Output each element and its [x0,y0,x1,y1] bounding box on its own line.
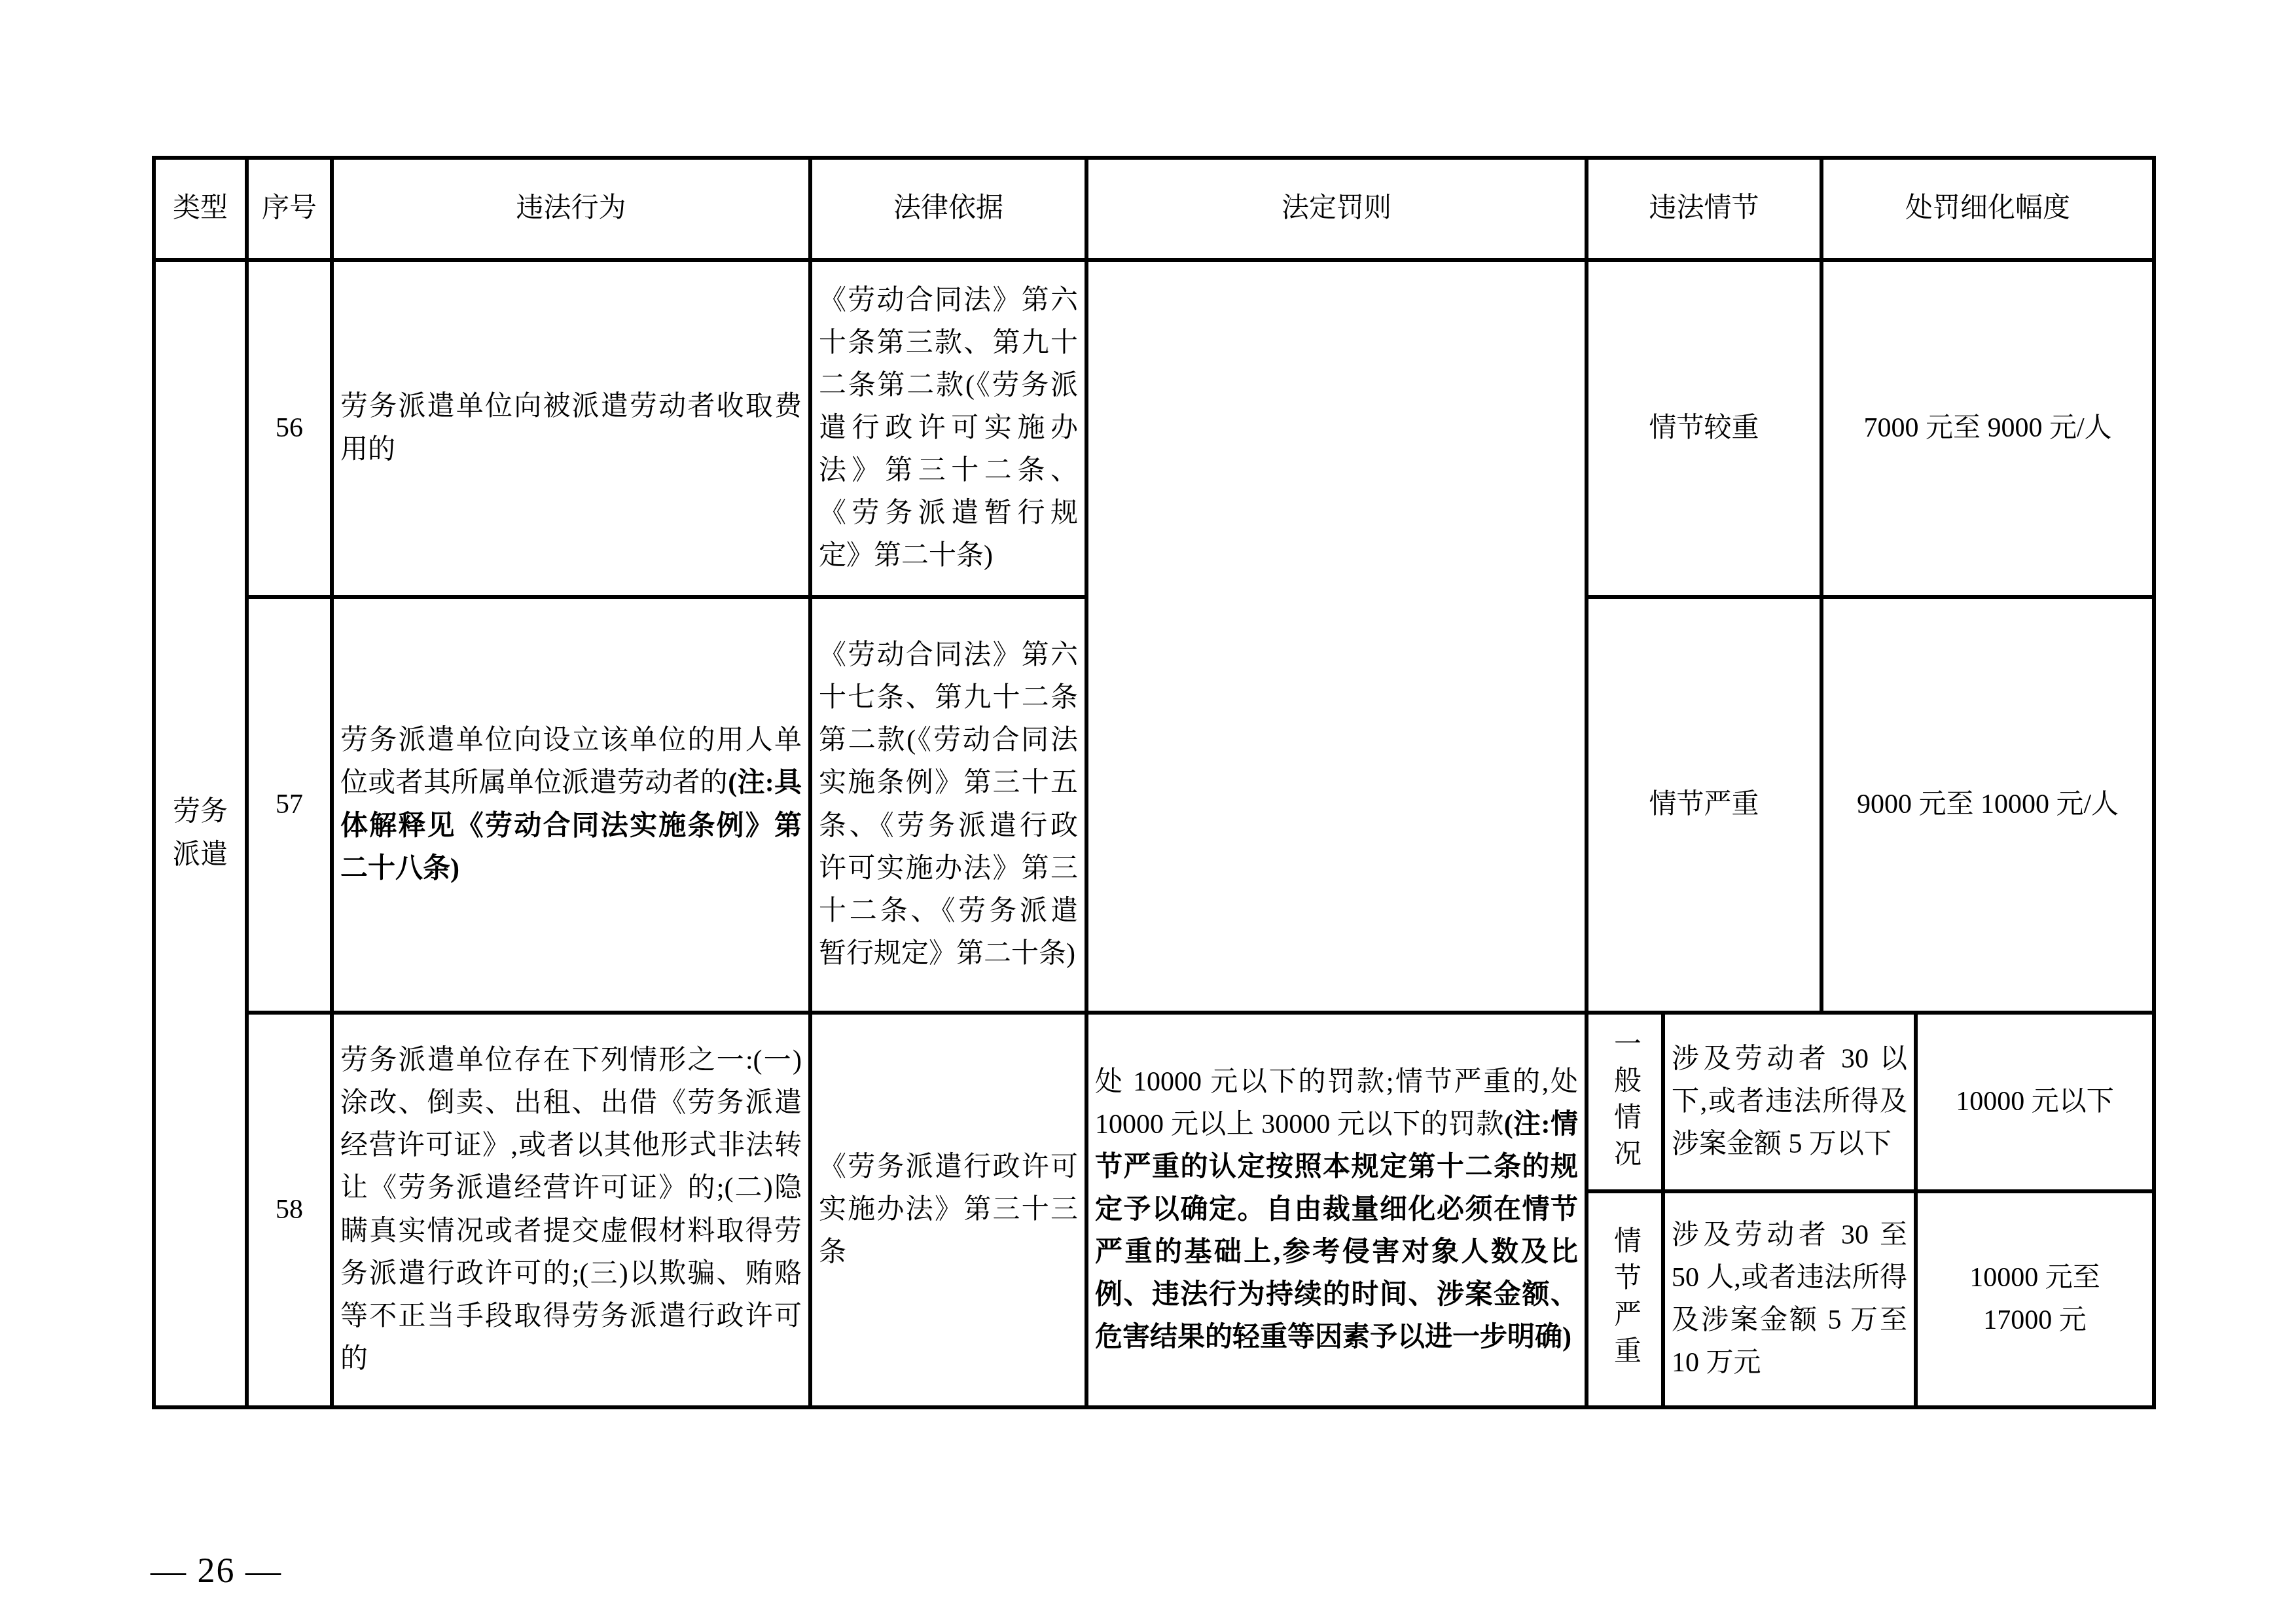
row57-penalty: 9000 元至 10000 元/人 [1821,597,2154,1013]
row58-sub2-desc: 涉及劳动者 30 至 50 人,或者违法所得及涉案金额 5 万至 10 万元 [1663,1191,1916,1407]
row58-sub1-label: 一般情况 [1587,1013,1663,1191]
statutory-penalty-56-57-empty [1086,260,1587,1013]
header-penalty-range: 处罚细化幅度 [1821,158,2154,260]
header-behavior: 违法行为 [332,158,810,260]
row58-sub2-label: 情节严重 [1587,1191,1663,1407]
row58-legal-basis: 《劳务派遣行政许可实施办法》第三十三条 [810,1013,1086,1407]
row56-circumstance: 情节较重 [1587,260,1821,597]
header-legal-basis: 法律依据 [810,158,1086,260]
row57-circumstance: 情节严重 [1587,597,1821,1013]
row56-behavior: 劳务派遣单位向被派遣劳动者收取费用的 [332,260,810,597]
row57-no: 57 [247,597,332,1013]
row56-no: 56 [247,260,332,597]
header-type: 类型 [154,158,247,260]
row58-sub2-label-wrap: 情节严重 [1595,1226,1655,1373]
table-row-56: 劳务 派遣 56 劳务派遣单位向被派遣劳动者收取费用的 《劳动合同法》第六十条第… [154,260,2154,597]
table-header-row: 类型 序号 违法行为 法律依据 法定罚则 违法情节 处罚细化幅度 [154,158,2154,260]
row58-behavior: 劳务派遣单位存在下列情形之一:(一)涂改、倒卖、出租、出借《劳务派遣经营许可证》… [332,1013,810,1407]
row58-sub2-penalty: 10000 元至 17000 元 [1916,1191,2154,1407]
row56-penalty: 7000 元至 9000 元/人 [1821,260,2154,597]
table-row-58-sub1: 58 劳务派遣单位存在下列情形之一:(一)涂改、倒卖、出租、出借《劳务派遣经营许… [154,1013,2154,1191]
document-page: 类型 序号 违法行为 法律依据 法定罚则 违法情节 处罚细化幅度 劳务 派遣 5… [0,0,2296,1624]
row57-behavior: 劳务派遣单位向设立该单位的用人单位或者其所属单位派遣劳动者的(注:具体解释见《劳… [332,597,810,1013]
row58-sub2-label-text: 情节严重 [1604,1226,1646,1373]
row58-statutory-penalty-note: (注:情节严重的认定按照本规定第十二条的规定予以确定。自由裁量细化必须在情节严重… [1095,1110,1578,1352]
header-circumstance: 违法情节 [1587,158,1821,260]
page-number: — 26 — [151,1550,282,1591]
row58-sub1-label-wrap: 一般情况 [1595,1029,1655,1176]
header-statutory-penalty: 法定罚则 [1086,158,1587,260]
row56-legal-basis: 《劳动合同法》第六十条第三款、第九十二条第二款(《劳务派遣行政许可实施办法》第三… [810,260,1086,597]
row58-no: 58 [247,1013,332,1407]
category-cell: 劳务 派遣 [154,260,247,1407]
row58-statutory-penalty: 处 10000 元以下的罚款;情节严重的,处 10000 元以上 30000 元… [1086,1013,1587,1407]
row58-sub1-penalty: 10000 元以下 [1916,1013,2154,1191]
header-no: 序号 [247,158,332,260]
row58-sub1-label-text: 一般情况 [1604,1029,1646,1176]
row57-legal-basis: 《劳动合同法》第六十七条、第九十二条第二款(《劳动合同法实施条例》第三十五条、《… [810,597,1086,1013]
penalty-table: 类型 序号 违法行为 法律依据 法定罚则 违法情节 处罚细化幅度 劳务 派遣 5… [152,156,2156,1409]
row58-sub1-desc: 涉及劳动者 30 以下,或者违法所得及涉案金额 5 万以下 [1663,1013,1916,1191]
